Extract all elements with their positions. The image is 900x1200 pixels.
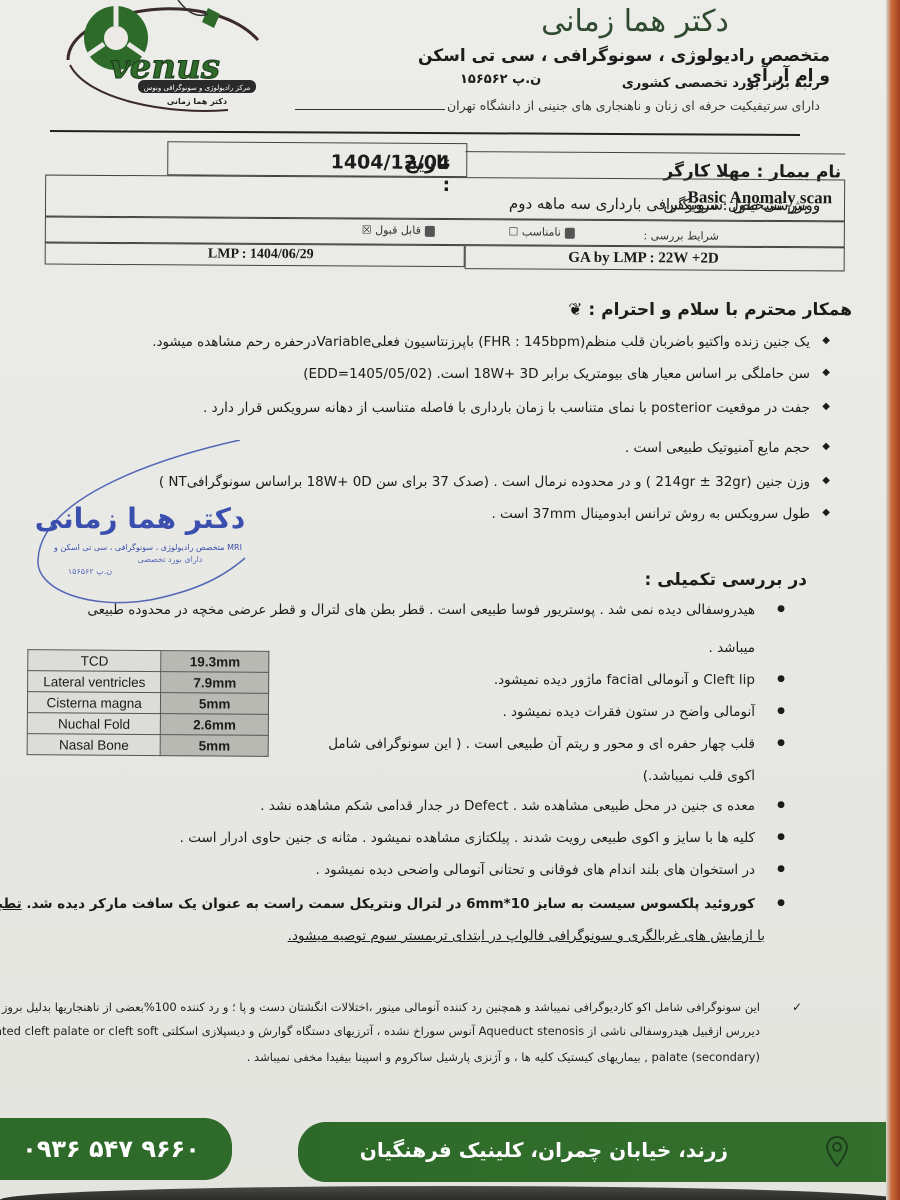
ga-cell: GA by LMP : 22W +2D bbox=[465, 245, 845, 271]
svg-text:دکتر هما زمانی: دکتر هما زمانی bbox=[35, 502, 246, 535]
supplementary-item-cont: میباشد . bbox=[709, 640, 755, 656]
diagnosis-method-cell: روش تشخیص : سونوگرافی بارداری سه ماهه دو… bbox=[45, 175, 845, 222]
finding-item: یک جنین زنده واکتیو باضربان قلب منظم(FHR… bbox=[152, 334, 810, 350]
svg-text:مرکز رادیولوژی و سونوگرافی ونو: مرکز رادیولوژی و سونوگرافی ونوس bbox=[144, 83, 251, 92]
note-line: (secondary) palate , بیماریهای کیستیک کل… bbox=[247, 1050, 760, 1064]
background-edge bbox=[886, 0, 900, 1200]
acceptable-option: قابل قبول ☒ bbox=[362, 223, 439, 236]
lmp-cell: LMP : 1404/06/29 bbox=[45, 243, 465, 268]
doctor-certificate: دارای سرتیفیکیت حرفه ای زنان و ناهنجاری … bbox=[440, 98, 820, 113]
doctor-rank: رتبه برتر بورد تخصصی کشوری bbox=[622, 76, 820, 91]
note-line: دیررس ازقبیل هیدروسفالی ناشی از Aqueduct… bbox=[0, 1024, 760, 1038]
svg-text:دکتر هما زمانی: دکتر هما زمانی bbox=[167, 97, 227, 106]
supplementary-item: قلب چهار حفره ای و محور و ریتم آن طبیعی … bbox=[328, 736, 755, 752]
finding-item: سن حاملگی بر اساس معیار های بیومتریک برا… bbox=[303, 366, 810, 382]
table-row: Lateral ventricles7.9mm bbox=[28, 671, 269, 694]
measurements-table: TCD19.3mm Lateral ventricles7.9mm Cister… bbox=[27, 649, 270, 757]
lmp-value: LMP : 1404/06/29 bbox=[208, 247, 314, 264]
finding-item: جفت در موقعیت posterior با نمای متناسب ب… bbox=[203, 400, 810, 416]
finding-item: وزن جنین (214gr ± 32gr ) و در محدوده نرم… bbox=[159, 474, 810, 490]
supplementary-item-cont: اکوی قلب نمیباشد.) bbox=[643, 768, 755, 784]
svg-text:ن.پ ۱۵۶۵۶۲: ن.پ ۱۵۶۵۶۲ bbox=[68, 567, 112, 576]
supplementary-heading: در بررسی تکمیلی : bbox=[645, 570, 807, 590]
supplementary-item: آنومالی واضح در ستون فقرات دیده نمیشود . bbox=[502, 704, 755, 720]
supplementary-item: هیدروسفالی دیده نمی شد . پوستریور فوسا ط… bbox=[87, 602, 755, 618]
svg-text:متخصص رادیولوژی ، سونوگرافی ،: متخصص رادیولوژی ، سونوگرافی ، سی تی اسکن… bbox=[53, 542, 242, 552]
divider bbox=[295, 109, 445, 110]
diagnosis-method: روش تشخیص : سونوگرافی بارداری سه ماهه دو… bbox=[687, 187, 832, 208]
finding-item: طول سرویکس به روش ترانس ابدومینال 37mm ا… bbox=[491, 506, 810, 522]
address-text: زرند، خیابان چمران، کلینیک فرهنگیان bbox=[360, 1138, 728, 1162]
table-row: TCD19.3mm bbox=[28, 650, 269, 673]
table-row: Nuchal Fold2.6mm bbox=[27, 713, 268, 736]
page-edge bbox=[0, 1186, 900, 1200]
conditions-label: شرایط بررسی : bbox=[643, 229, 718, 242]
license-number: ن.پ ۱۵۶۵۶۲ bbox=[460, 72, 541, 87]
unsuitable-option: نامناسب ☐ bbox=[508, 225, 578, 238]
thumbs-down-icon bbox=[565, 227, 575, 238]
supplementary-item: معده ی جنین در محل طبیعی مشاهده شد . Def… bbox=[260, 798, 755, 814]
divider bbox=[50, 130, 800, 136]
supplementary-item: در استخوان های بلند اندام های فوقانی و ت… bbox=[316, 862, 755, 878]
note-line: این سونوگرافی شامل اکو کاردیوگرافی نمیبا… bbox=[2, 1000, 760, 1014]
date-cell: تاریخ : 1404/12/04 bbox=[167, 141, 467, 177]
supplementary-item: کوروئید پلکسوس سیست به سایز 10*6mm در لت… bbox=[0, 896, 755, 912]
thumbs-up-icon bbox=[425, 225, 435, 236]
venus-logo: venus مرکز رادیولوژی و سونوگرافی ونوس دک… bbox=[58, 0, 268, 112]
checkmark-icon: ✓ bbox=[792, 1000, 802, 1014]
supplementary-item: Cleft lip و آنومالی facial ماژور دیده نم… bbox=[494, 672, 755, 688]
table-row: Nasal Bone5mm bbox=[27, 734, 268, 757]
doctor-stamp: دکتر هما زمانی متخصص رادیولوژی ، سونوگرا… bbox=[30, 440, 250, 610]
supplementary-item-cont: با ازمایش های غربالگری و سونوگرافی فالوا… bbox=[288, 928, 765, 944]
greeting-heading: همکار محترم با سلام و احترام : ❦ bbox=[568, 300, 852, 320]
svg-text:دارای بورد تخصصی: دارای بورد تخصصی bbox=[138, 555, 203, 564]
table-row: Cisterna magna5mm bbox=[27, 692, 268, 715]
supplementary-item: کلیه ها با سایز و اکوی طبیعی رویت شدند .… bbox=[180, 830, 755, 846]
doctor-name: دکتر هما زمانی bbox=[505, 4, 765, 39]
location-pin-icon bbox=[826, 1136, 848, 1168]
ga-value: GA by LMP : 22W +2D bbox=[568, 250, 718, 268]
report-page: venus مرکز رادیولوژی و سونوگرافی ونوس دک… bbox=[0, 0, 900, 1200]
footer-address: زرند، خیابان چمران، کلینیک فرهنگیان bbox=[298, 1122, 900, 1182]
logo-graphic-icon: venus مرکز رادیولوژی و سونوگرافی ونوس دک… bbox=[58, 0, 268, 112]
patient-info-table: نام بیمار : مهلا کارگر تاریخ : 1404/12/0… bbox=[45, 141, 846, 276]
flower-icon: ❦ bbox=[568, 300, 582, 320]
footer-phone: ۰۹۳۶ ۵۴۷ ۹۶۶۰ bbox=[0, 1118, 232, 1180]
finding-item: حجم مایع آمنیوتیک طبیعی است . bbox=[625, 440, 810, 456]
